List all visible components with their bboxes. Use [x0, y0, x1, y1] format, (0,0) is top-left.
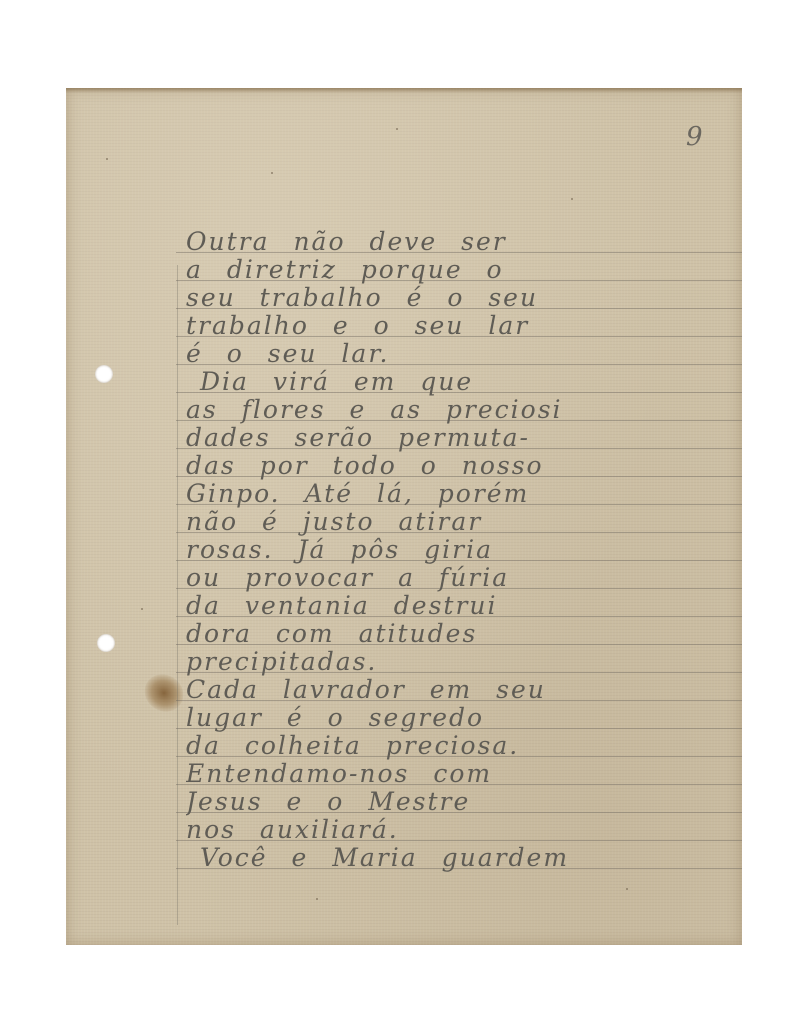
paper-speck	[141, 608, 143, 610]
paper-speck	[396, 128, 398, 130]
paper-speck	[571, 198, 573, 200]
handwritten-line: não é justo atirar	[186, 508, 741, 536]
handwritten-line: Jesus e o Mestre	[186, 788, 741, 816]
punch-hole	[95, 365, 113, 383]
handwritten-line: Dia virá em que	[186, 368, 755, 396]
handwritten-line: das por todo o nosso	[186, 452, 741, 480]
manuscript-page: 9 Outra não deve ser a diretriz porque o…	[66, 88, 742, 945]
handwritten-line: trabalho e o seu lar	[186, 312, 741, 340]
handwritten-line: seu trabalho é o seu	[186, 284, 741, 312]
handwritten-line: Cada lavrador em seu	[186, 676, 741, 704]
page-number: 9	[686, 122, 703, 152]
handwritten-line: a diretriz porque o	[186, 256, 741, 284]
handwritten-line: é o seu lar.	[186, 340, 741, 368]
handwritten-line: Outra não deve ser	[186, 228, 741, 256]
handwritten-line: as flores e as preciosi	[186, 396, 741, 424]
handwritten-line: rosas. Já pôs giria	[186, 536, 741, 564]
handwritten-line: Você e Maria guardem	[186, 844, 755, 872]
handwritten-line: dades serão permuta-	[186, 424, 741, 452]
handwritten-line: lugar é o segredo	[186, 704, 741, 732]
page-top-edge	[66, 88, 742, 93]
paper-speck	[316, 898, 318, 900]
handwritten-line: precipitadas.	[186, 648, 741, 676]
handwritten-line: nos auxiliará.	[186, 816, 741, 844]
paper-speck	[626, 888, 628, 890]
handwritten-line: da colheita preciosa.	[186, 732, 741, 760]
punch-hole	[97, 634, 115, 652]
handwritten-line: Ginpo. Até lá, porém	[186, 480, 741, 508]
paper-speck	[271, 172, 273, 174]
stain-mark	[137, 667, 190, 719]
handwritten-line: Entendamo-nos com	[186, 760, 741, 788]
handwritten-line: da ventania destrui	[186, 592, 741, 620]
paper-speck	[106, 158, 108, 160]
handwritten-line: dora com atitudes	[186, 620, 741, 648]
handwritten-line: ou provocar a fúria	[186, 564, 741, 592]
